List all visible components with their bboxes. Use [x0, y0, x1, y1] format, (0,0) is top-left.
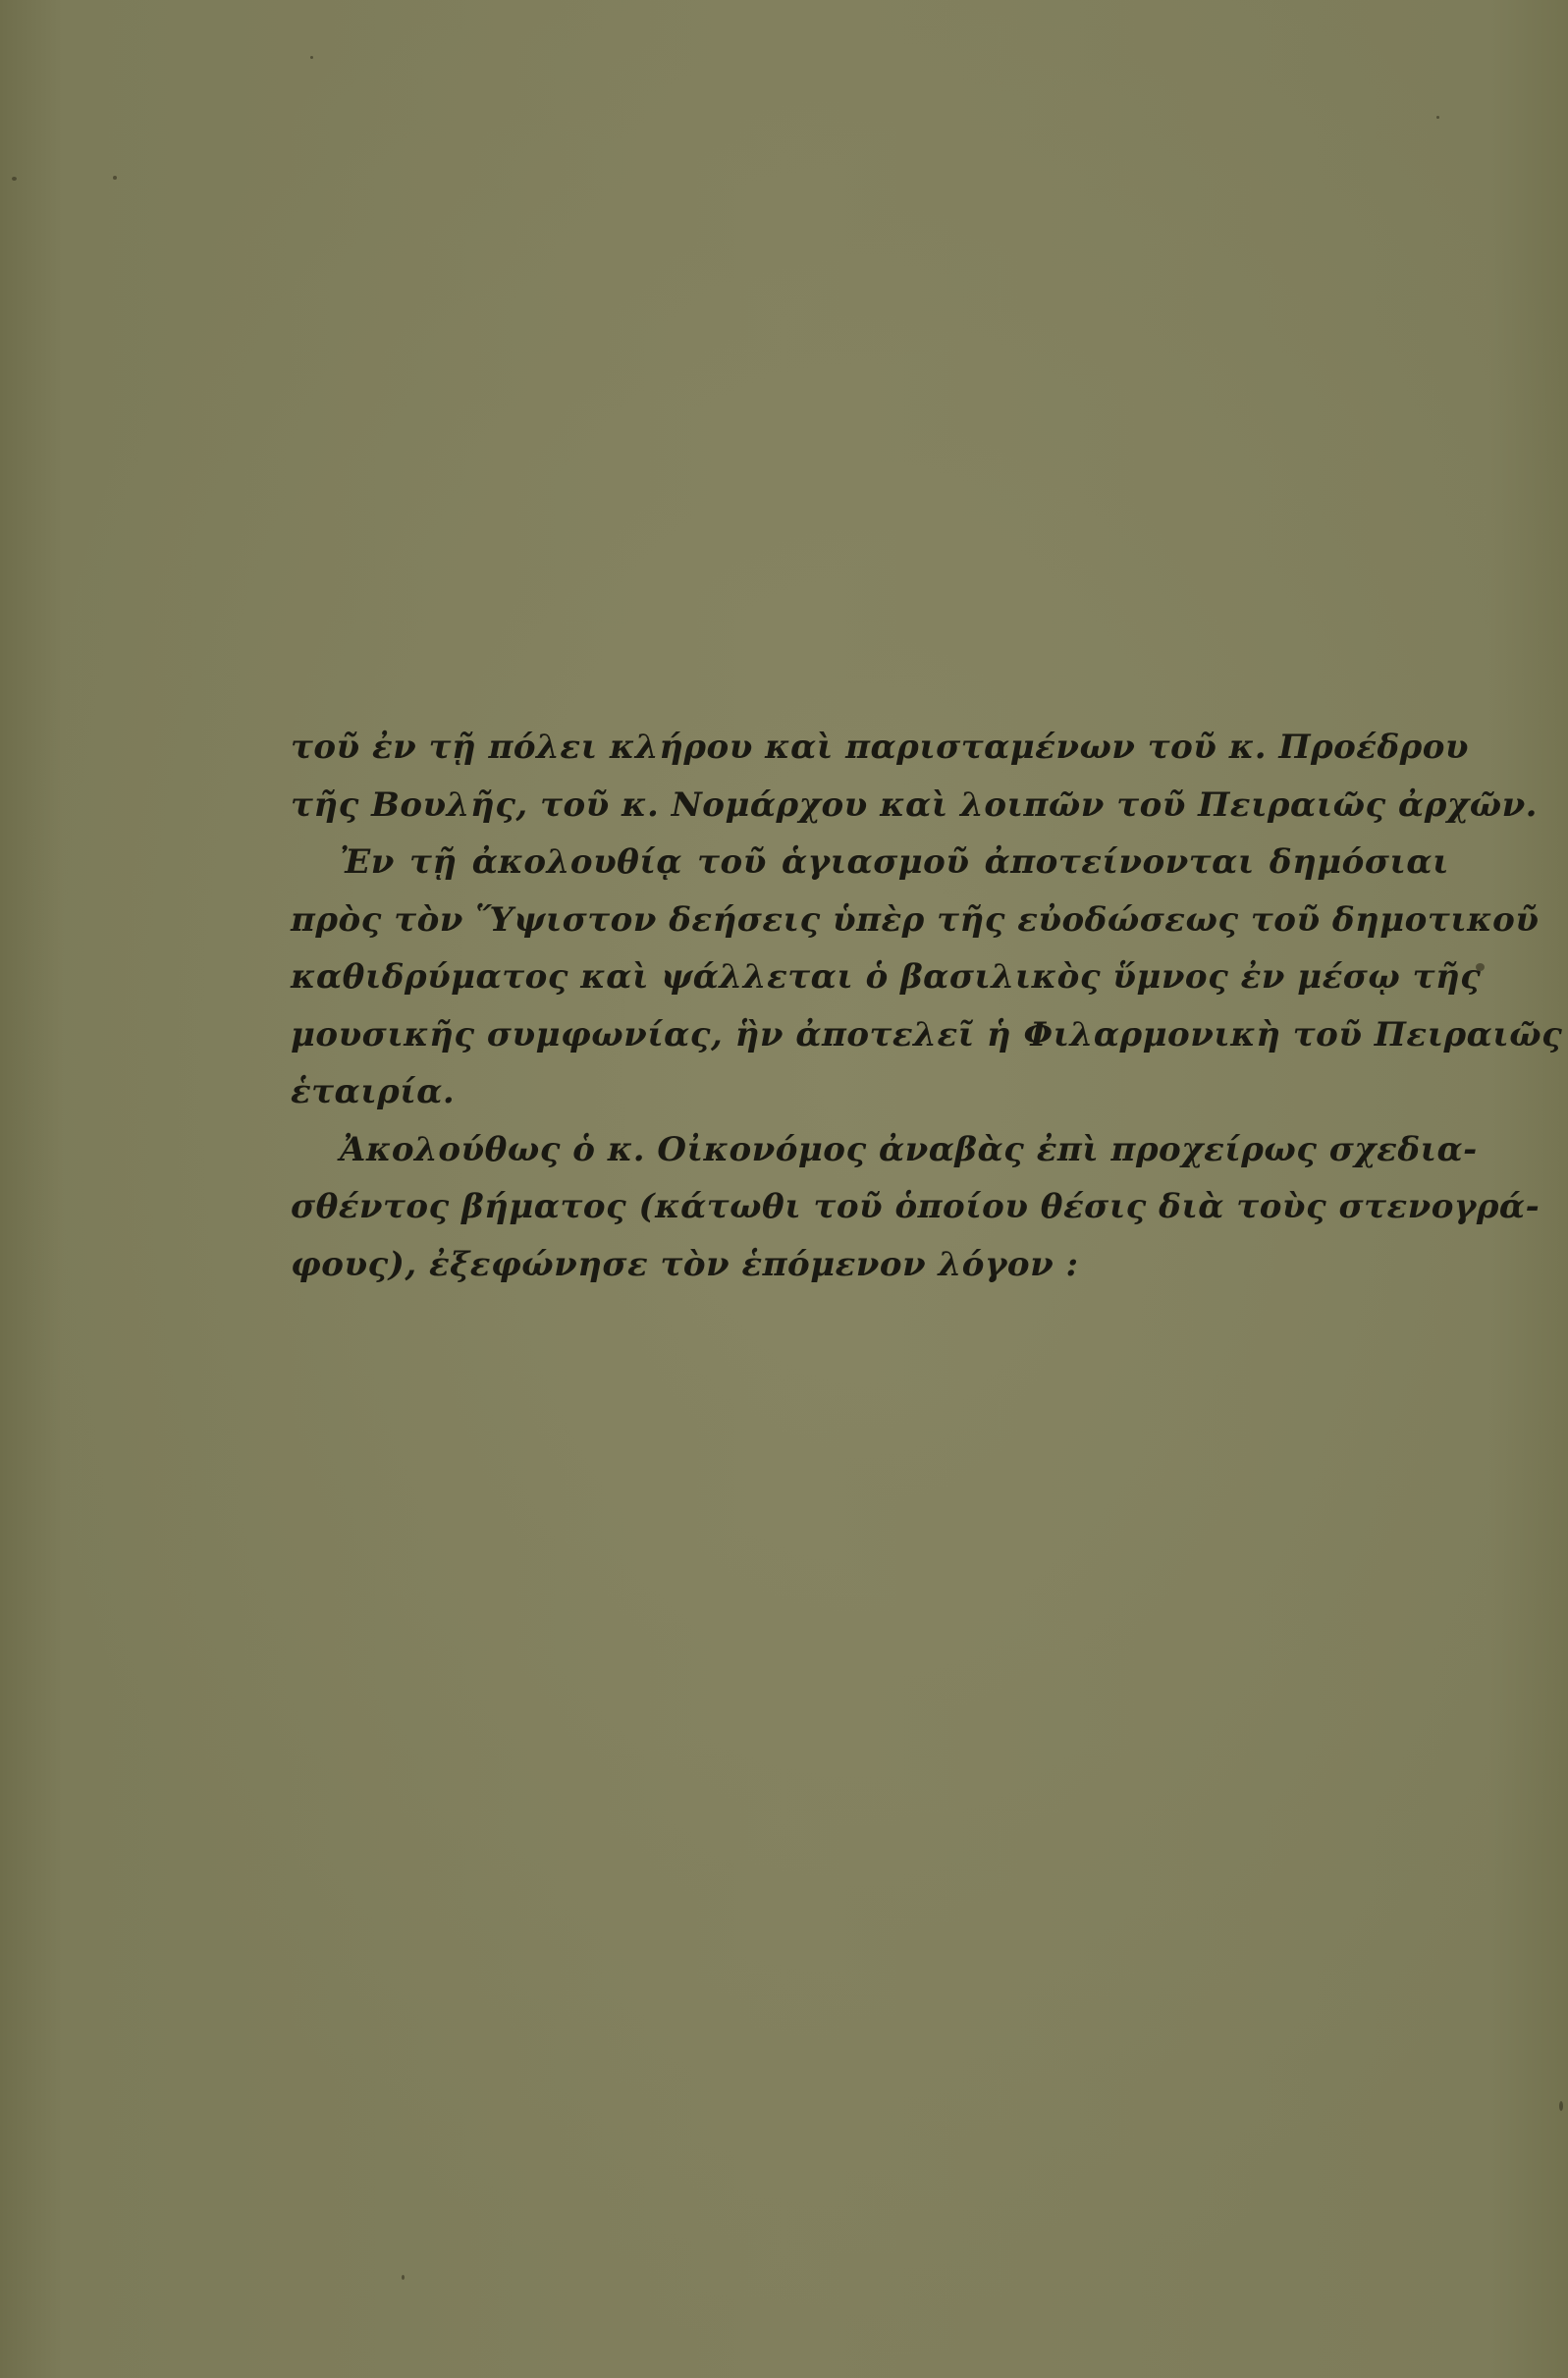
text-line-paragraph-start: Ἀκολούθως ὁ κ. Οἰκονόμος ἀναβὰς ἐπὶ προχ…	[291, 1121, 1449, 1179]
paper-speck	[402, 2275, 405, 2280]
text-line-paragraph-end: ἑταιρία.	[291, 1063, 1449, 1121]
body-text: τοῦ ἐν τῇ πόλει κλήρου καὶ παρισταμένων …	[291, 719, 1449, 1293]
scanned-book-page: τοῦ ἐν τῇ πόλει κλήρου καὶ παρισταμένων …	[0, 0, 1568, 2378]
paper-speck	[113, 176, 117, 180]
paper-speck	[12, 177, 17, 181]
text-line: μουσικῆς συμφωνίας, ἣν ἀποτελεῖ ἡ Φιλαρμ…	[291, 1006, 1449, 1064]
paper-speck	[1436, 116, 1439, 119]
paper-speck	[1559, 2101, 1563, 2111]
text-line: καθιδρύματος καὶ ψάλλεται ὁ βασιλικὸς ὕμ…	[291, 948, 1449, 1006]
text-line-paragraph-end: φους), ἐξεφώνησε τὸν ἑπόμενον λόγον :	[291, 1236, 1449, 1294]
text-line-paragraph-start: Ἐν τῇ ἀκολουθίᾳ τοῦ ἁγιασμοῦ ἀποτείνοντα…	[291, 834, 1449, 892]
text-line: τοῦ ἐν τῇ πόλει κλήρου καὶ παρισταμένων …	[291, 719, 1449, 777]
text-line: σθέντος βήματος (κάτωθι τοῦ ὁποίου θέσις…	[291, 1178, 1449, 1236]
text-line: πρὸς τὸν Ὕψιστον δεήσεις ὑπὲρ τῆς εὐοδώσ…	[291, 892, 1449, 949]
text-line: τῆς Βουλῆς, τοῦ κ. Νομάρχου καὶ λοιπῶν τ…	[291, 777, 1449, 835]
paper-speck	[310, 56, 313, 59]
